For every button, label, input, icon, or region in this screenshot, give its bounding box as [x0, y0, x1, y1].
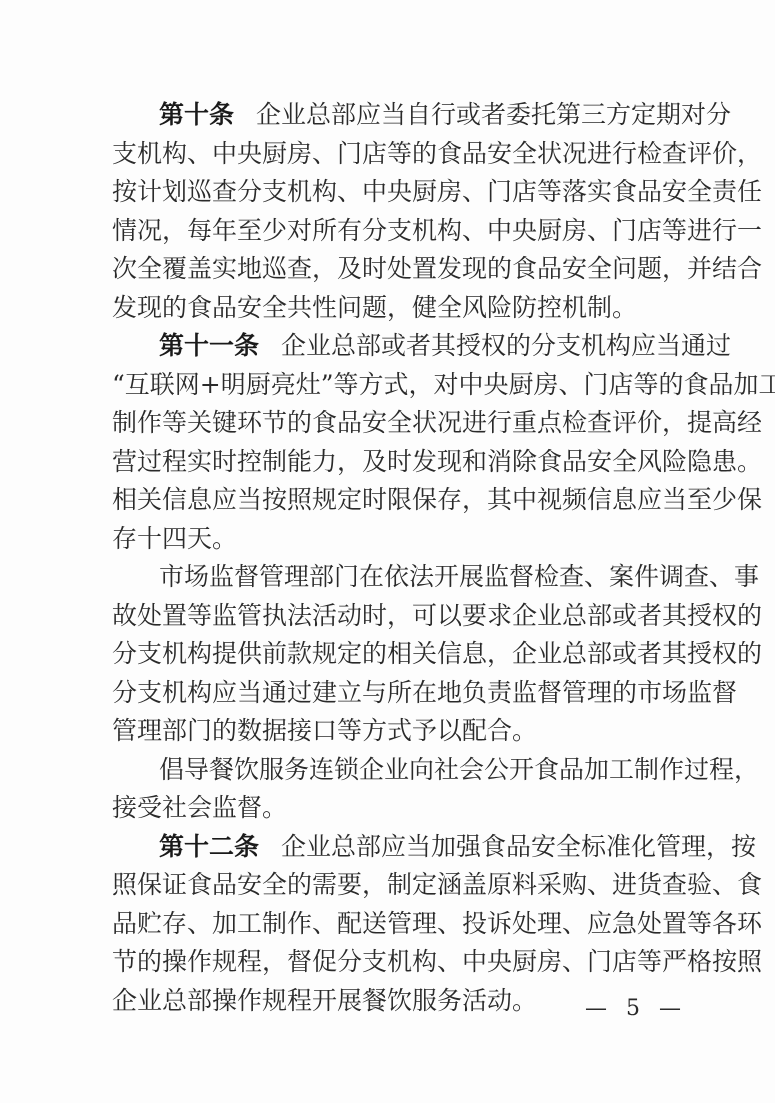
text-line: 品贮存、加工制作、配送管理、投诉处理、应急处置等各环	[112, 905, 666, 944]
text-line: 存十四天。	[112, 520, 666, 559]
text-line: 第十一条企业总部或者其授权的分支机构应当通过	[112, 327, 666, 366]
text-line: 支机构、中央厨房、门店等的食品安全状况进行检查评价，	[112, 135, 666, 174]
text-line: 次全覆盖实地巡查，及时处置发现的食品安全问题，并结合	[112, 250, 666, 289]
paragraph-market-supervision: 市场监督管理部门在依法开展监督检查、案件调查、事 故处置等监管执法活动时，可以要…	[112, 558, 666, 751]
text-line: 故处置等监管执法活动时，可以要求企业总部或者其授权的	[112, 597, 666, 636]
text-line: 制作等关键环节的食品安全状况进行重点检查评价，提高经	[112, 404, 666, 443]
text-line: “互联网+明厨亮灶”等方式，对中央厨房、门店等的食品加工	[112, 366, 666, 405]
text-line: 分支机构应当通过建立与所在地负责监督管理的市场监督	[112, 674, 666, 713]
article-12: 第十二条企业总部应当加强食品安全标准化管理，按 照保证食品安全的需要，制定涵盖原…	[112, 828, 666, 1021]
text-line: 照保证食品安全的需要，制定涵盖原料采购、进货查验、食	[112, 866, 666, 905]
text-line: 营过程实时控制能力，及时发现和消除食品安全风险隐患。	[112, 443, 666, 482]
text-line: 倡导餐饮服务连锁企业向社会公开食品加工制作过程，	[112, 751, 666, 790]
text-line: 第十条企业总部应当自行或者委托第三方定期对分	[112, 96, 666, 135]
text-line: 情况，每年至少对所有分支机构、中央厨房、门店等进行一	[112, 212, 666, 251]
text-line: 按计划巡查分支机构、中央厨房、门店等落实食品安全责任	[112, 173, 666, 212]
text-line: 第十二条企业总部应当加强食品安全标准化管理，按	[112, 828, 666, 867]
article-10: 第十条企业总部应当自行或者委托第三方定期对分 支机构、中央厨房、门店等的食品安全…	[112, 96, 666, 327]
text-line: 节的操作规程，督促分支机构、中央厨房、门店等严格按照	[112, 943, 666, 982]
text-line: 相关信息应当按照规定时限保存，其中视频信息应当至少保	[112, 481, 666, 520]
paragraph-public-disclosure: 倡导餐饮服务连锁企业向社会公开食品加工制作过程， 接受社会监督。	[112, 751, 666, 828]
text-line: 企业总部操作规程开展餐饮服务活动。	[112, 982, 666, 1021]
text-line: 接受社会监督。	[112, 789, 666, 828]
article-number: 第十条	[159, 100, 234, 129]
text-line: 发现的食品安全共性问题，健全风险防控机制。	[112, 289, 666, 328]
article-number: 第十一条	[159, 331, 259, 360]
text-line: 分支机构提供前款规定的相关信息，企业总部或者其授权的	[112, 635, 666, 674]
text-line: 市场监督管理部门在依法开展监督检查、案件调查、事	[112, 558, 666, 597]
text-line: 管理部门的数据接口等方式予以配合。	[112, 712, 666, 751]
article-11: 第十一条企业总部或者其授权的分支机构应当通过 “互联网+明厨亮灶”等方式，对中央…	[112, 327, 666, 558]
page-number: — 5 —	[585, 996, 687, 1021]
document-page: 第十条企业总部应当自行或者委托第三方定期对分 支机构、中央厨房、门店等的食品安全…	[112, 96, 666, 1020]
article-number: 第十二条	[159, 832, 259, 861]
